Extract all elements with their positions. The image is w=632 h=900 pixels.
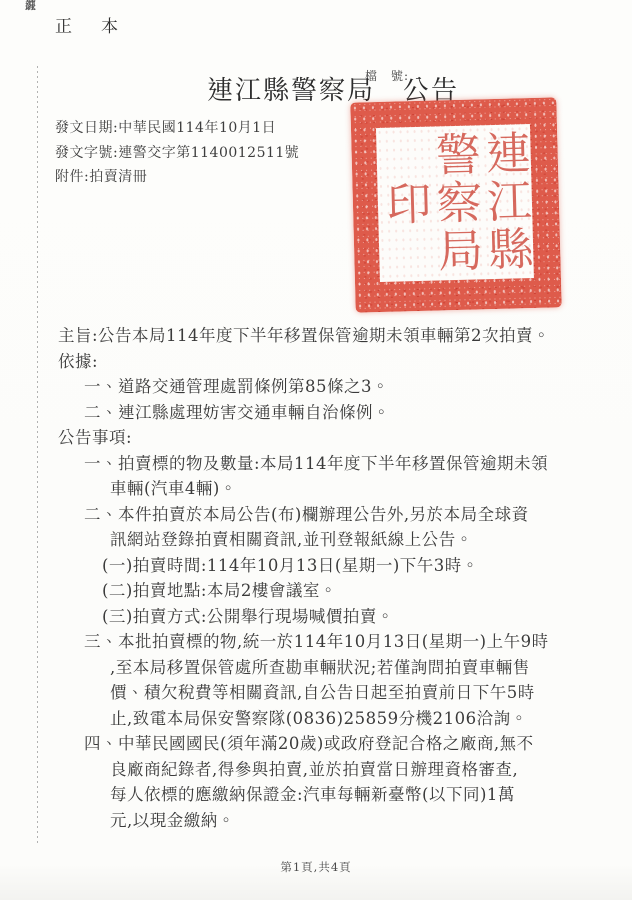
body-lines: 主旨:公告本局114年度下半年移置保管逾期未領車輛第2次拍賣。依據:一、道路交通… (58, 323, 598, 833)
body-line: 每人依標的應繳納保證金:汽車每輛新臺幣(以下同)1萬 (58, 782, 598, 808)
meta-line: 發文字號:連警交字第1140012511號 (55, 141, 299, 166)
body-line: 依據: (58, 349, 598, 375)
body-line: 四、中華民國國民(須年滿20歲)或政府登記合格之廠商,無不 (58, 731, 598, 757)
body-line: 主旨:公告本局114年度下半年移置保管逾期未領車輛第2次拍賣。 (58, 323, 598, 349)
body-line: 止,致電本局保安警察隊(0836)25859分機2106洽詢。 (58, 706, 598, 732)
body-line: (一)拍賣時間:114年10月13日(星期一)下午3時。 (58, 553, 598, 579)
body-line: 良廠商紀錄者,得參與拍賣,並於拍賣當日辦理資格審查, (58, 757, 598, 783)
body-line: 二、連江縣處理妨害交通車輛自治條例。 (58, 400, 598, 426)
document-page: 正 本 檔 號: 保存年限: 連江縣警察局 公告 發文日期:中華民國114年10… (0, 0, 632, 900)
body-line: 車輛(汽車4輛)。 (58, 476, 598, 502)
body-line: 三、本批拍賣標的物,統一於114年10月13日(星期一)上午9時 (58, 629, 598, 655)
copy-type-label: 正 本 (55, 12, 124, 37)
body-line: 一、拍賣標的物及數量:本局114年度下半年移置保管逾期未領 (58, 451, 598, 477)
body-line: 一、道路交通管理處罰條例第85條之3。 (58, 374, 598, 400)
meta-line: 發文日期:中華民國114年10月1日 (55, 116, 299, 141)
official-seal-text: 連江縣警察局印 (378, 122, 532, 284)
binding-mark: 線 (25, 0, 37, 12)
body-line: (二)拍賣地點:本局2樓會議室。 (58, 578, 598, 604)
body-line: 二、本件拍賣於本局公告(布)欄辦理公告外,另於本局全球資 (58, 502, 598, 528)
official-seal-stamp: 連江縣警察局印 (350, 97, 561, 312)
body-line: 價、積欠稅費等相關資訊,自公告日起至拍賣前日下午5時 (58, 680, 598, 706)
body-line: ,至本局移置保管處所查勘車輛狀況;若僅詢問拍賣車輛售 (58, 655, 598, 681)
official-seal-inner: 連江縣警察局印 (376, 124, 534, 282)
meta-line: 附件:拍賣清冊 (55, 165, 299, 190)
body-line: 公告事項: (58, 425, 598, 451)
page-number-footer: 第1頁,共4頁 (0, 859, 632, 875)
body-line: 元,以現金繳納。 (58, 808, 598, 834)
body-line: (三)拍賣方式:公開舉行現場喊價拍賣。 (58, 604, 598, 630)
body-line: 訊網站登錄拍賣相關資訊,並刊登報紙線上公告。 (58, 527, 598, 553)
binding-dashed-line (37, 66, 38, 845)
document-meta: 發文日期:中華民國114年10月1日發文字號:連警交字第1140012511號附… (55, 116, 299, 190)
